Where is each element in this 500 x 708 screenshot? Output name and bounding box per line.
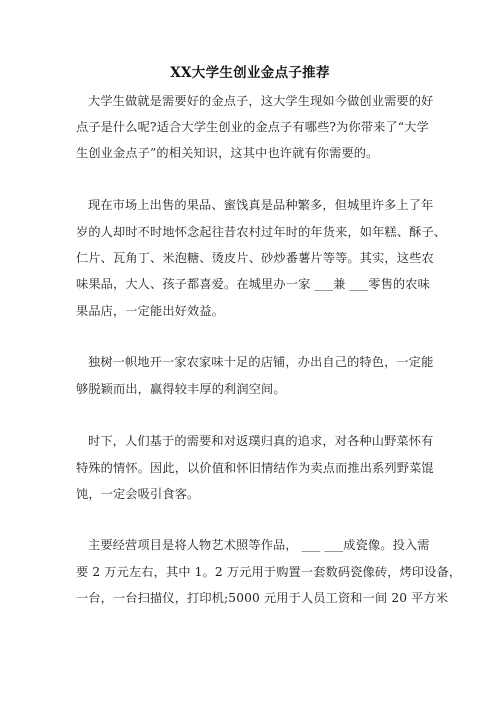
paragraph-4-line-3: 饨，一定会吸引食客。: [76, 486, 199, 502]
paragraph-2-line-1: 现在市场上出售的果品、蜜饯真是品种繁多，但城里许多上了年: [88, 197, 433, 213]
paragraph-4-line-2: 特殊的情怀。因此，以价值和怀旧情结作为卖点而推出系列野菜馄: [76, 460, 434, 476]
paragraph-5-line-1: 主要经营项目是将人物艺术照等作品， ___ ___成瓷像。投入需: [88, 537, 430, 553]
document-page: XX大学生创业金点子推荐 大学生做就是需要好的金点子，这大学生现如今做创业需要的…: [0, 0, 500, 708]
paragraph-5-line-3: 一台，一台扫描仪，打印机;5000 元用于人员工资和一间 20 平方米: [76, 590, 448, 606]
paragraph-1-line-1: 大学生做就是需要好的金点子，这大学生现如今做创业需要的好: [88, 93, 433, 109]
paragraph-4-line-1: 时下，人们基于的需要和对返璞归真的追求，对各种山野菜怀有: [88, 433, 433, 449]
document-title: XX大学生创业金点子推荐: [0, 64, 500, 82]
paragraph-3-line-1: 独树一帜地开一家农家味十足的店铺，办出自己的特色，一定能: [88, 354, 433, 370]
paragraph-2-line-4: 味果品，大人、孩子都喜爱。在城里办一家 ___兼 ___零售的农味: [76, 276, 430, 292]
paragraph-5-line-2: 要 2 万元左右，其中 1。2 万元用于购置一套数码瓷像砖，烤印设备，: [76, 564, 461, 580]
paragraph-2-line-3: 仁片、瓦角丁、米泡糖、烫皮片、砂炒番薯片等等。其实，这些农: [76, 250, 434, 266]
paragraph-2-line-2: 岁的人却时不时地怀念起往昔农村过年时的年货来，如年糕、酥子、: [76, 224, 446, 240]
paragraph-3-line-2: 够脱颖而出，赢得较丰厚的利润空间。: [76, 381, 286, 397]
paragraph-1-line-2: 点子是什么呢?适合大学生创业的金点子有哪些?为你带来了“大学: [76, 119, 429, 135]
paragraph-1-line-3: 生创业金点子”的相关知识，这其中也许就有你需要的。: [76, 145, 378, 161]
paragraph-2-line-5: 果品店，一定能出好效益。: [76, 303, 224, 319]
